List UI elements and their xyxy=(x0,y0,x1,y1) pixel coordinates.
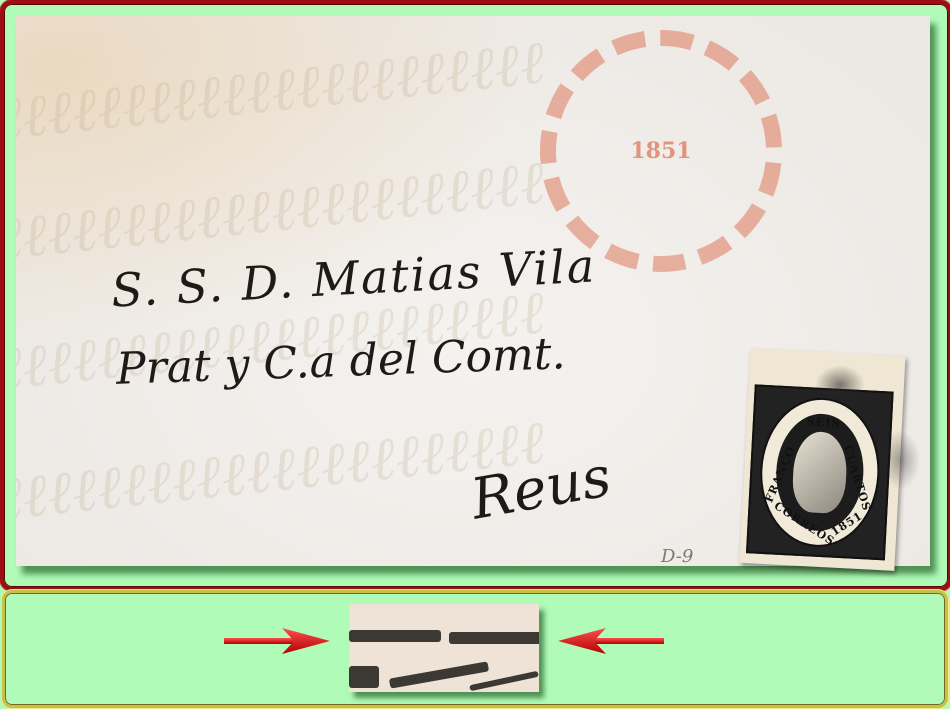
arrow-left-icon xyxy=(556,626,666,656)
pencil-note: D-9 xyxy=(661,546,693,566)
stamp-text-top: SEIS xyxy=(807,415,841,430)
frame-line-right xyxy=(449,632,539,644)
cancellation-mark xyxy=(880,430,920,490)
stamp-oval: SEIS FRANCO CUARTOS CORREOS 1851 xyxy=(757,395,884,550)
background-script: ℓℓℓℓℓℓℓℓℓℓℓℓℓℓℓℓℓℓℓℓℓℓ xyxy=(16,27,548,154)
frame-detail xyxy=(349,666,379,688)
red-postmark: 1851 xyxy=(540,30,782,272)
arrow-right-icon xyxy=(222,626,332,656)
frame-line-left xyxy=(349,630,441,642)
stamp-frame: SEIS FRANCO CUARTOS CORREOS 1851 xyxy=(746,384,894,560)
queen-portrait-icon xyxy=(792,430,848,515)
detail-enlargement xyxy=(349,604,539,692)
frame-detail xyxy=(469,671,539,691)
cancellation-mark xyxy=(815,365,865,405)
postmark-date: 1851 xyxy=(596,86,726,216)
